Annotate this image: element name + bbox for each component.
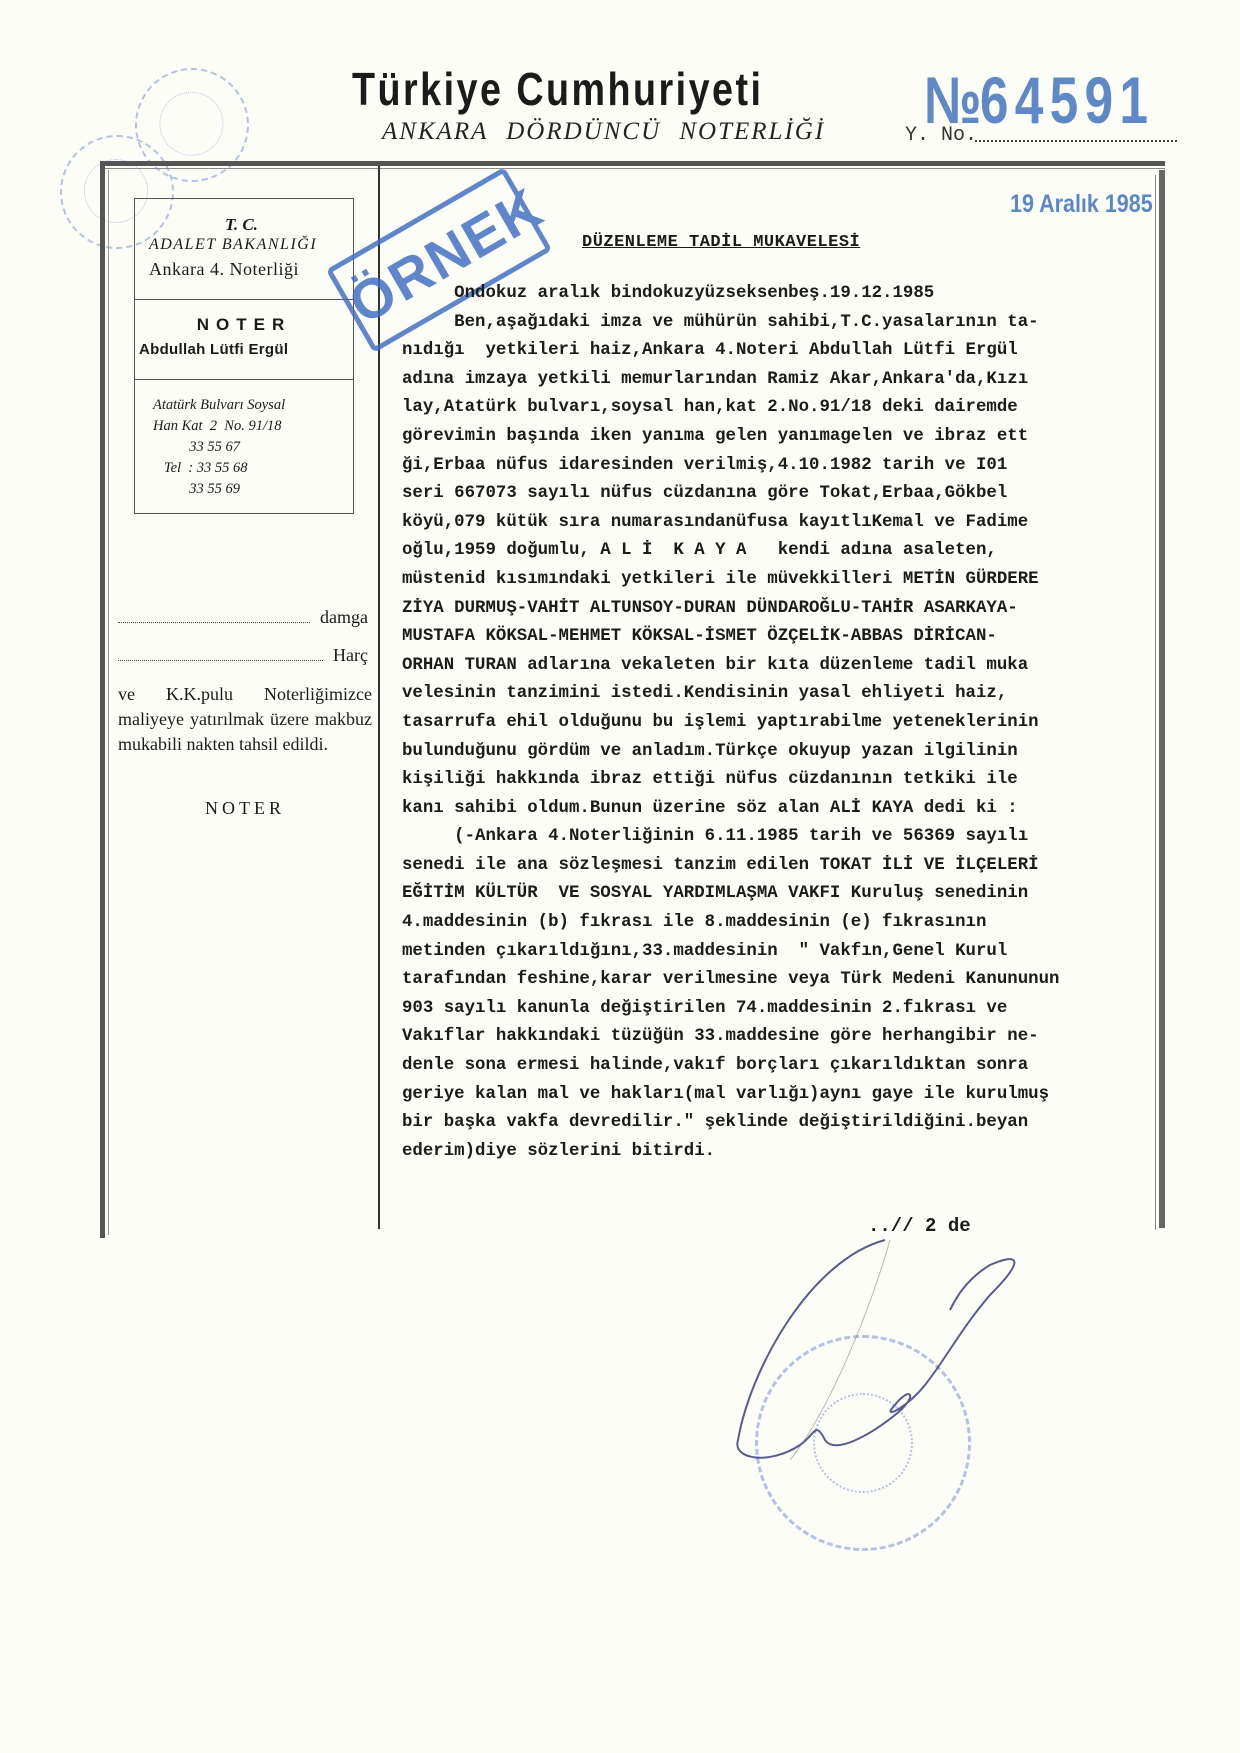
noter-label: NOTER <box>135 315 353 335</box>
document-line: Vakıflar hakkındaki tüzüğün 33.maddesine… <box>402 1023 1172 1052</box>
document-line: Ondokuz aralık bindokuzyüzseksenbeş.19.1… <box>402 280 1172 309</box>
document-line: EĞİTİM KÜLTÜR VE SOSYAL YARDIMLAŞMA VAKF… <box>402 880 1172 909</box>
fee-harc-field <box>118 660 323 661</box>
noter-signature-label: NOTER <box>118 798 372 819</box>
notary-info-box: T. C. ADALET BAKANLIĞI Ankara 4. Noterli… <box>134 198 354 514</box>
document-line: senedi ile ana sözleşmesi tanzim edilen … <box>402 852 1172 881</box>
document-line: ederim)diye sözlerini bitirdi. <box>402 1138 1172 1167</box>
frame-top-border <box>100 161 1165 166</box>
box-separator <box>135 299 353 300</box>
fee-harc-row: Harç <box>118 645 368 666</box>
document-line: lay,Atatürk bulvarı,soysal han,kat 2.No.… <box>402 394 1172 423</box>
document-line: ği,Erbaa nüfus idaresinden verilmiş,4.10… <box>402 452 1172 481</box>
document-line: (-Ankara 4.Noterliğinin 6.11.1985 tarih … <box>402 823 1172 852</box>
box-separator <box>135 379 353 380</box>
document-body: Ondokuz aralık bindokuzyüzseksenbeş.19.1… <box>402 280 1172 1166</box>
document-line: 4.maddesinin (b) fıkrası ile 8.maddesini… <box>402 909 1172 938</box>
fee-harc-label: Harç <box>333 645 368 666</box>
header-subtitle: ANKARA DÖRDÜNCÜ NOTERLİĞİ <box>382 118 825 146</box>
document-line: ZİYA DURMUŞ-VAHİT ALTUNSOY-DURAN DÜNDARO… <box>402 595 1172 624</box>
noter-name: Abdullah Lütfi Ergül <box>139 341 353 358</box>
document-line: bir başka vakfa devredilir." şeklinde de… <box>402 1109 1172 1138</box>
address-line: 33 55 69 <box>153 479 343 500</box>
tc-label: T. C. <box>225 215 258 235</box>
fee-statement: ve K.K.pulu Noterliğimizce maliyeye yatı… <box>118 682 372 757</box>
signature-icon <box>720 1210 1040 1460</box>
fee-damga-field <box>118 622 310 623</box>
document-line: velesinin tanzimini istedi.Kendisinin ya… <box>402 680 1172 709</box>
document-line: ORHAN TURAN adlarına vekaleten bir kıta … <box>402 652 1172 681</box>
frame-top-border-inner <box>100 168 1165 169</box>
document-line: seri 667073 sayılı nüfus cüzdanına göre … <box>402 480 1172 509</box>
document-line: köyü,079 kütük sıra numarasındanüfusa ka… <box>402 509 1172 538</box>
y-no-field <box>975 120 1177 142</box>
ministry-label: ADALET BAKANLIĞI <box>149 236 353 254</box>
document-line: bulunduğunu gördüm ve anladım.Türkçe oku… <box>402 738 1172 767</box>
document-line: adına imzaya yetkili memurlarından Ramiz… <box>402 366 1172 395</box>
address-line: 33 55 67 <box>153 437 343 458</box>
fee-damga-label: damga <box>320 607 368 628</box>
document-line: kanı sahibi oldum.Bunun üzerine söz alan… <box>402 795 1172 824</box>
y-no-label: Y. No. <box>905 124 977 147</box>
document-line: Ben,aşağıdaki imza ve mühürün sahibi,T.C… <box>402 309 1172 338</box>
document-line: MUSTAFA KÖKSAL-MEHMET KÖKSAL-İSMET ÖZÇEL… <box>402 623 1172 652</box>
document-line: 903 sayılı kanunla değiştirilen 74.madde… <box>402 995 1172 1024</box>
address-line: Han Kat 2 No. 91/18 <box>153 416 343 437</box>
document-line: denle sona ermesi halinde,vakıf borçları… <box>402 1052 1172 1081</box>
fee-damga-row: damga <box>118 607 368 628</box>
document-line: metinden çıkarıldığını,33.maddesinin " V… <box>402 938 1172 967</box>
office-label: Ankara 4. Noterliği <box>149 259 353 280</box>
document-line: nıdığı yetkileri haiz,Ankara 4.Noteri Ab… <box>402 337 1172 366</box>
document-line: tasarrufa ehil olduğunu bu işlemi yaptır… <box>402 709 1172 738</box>
document-title: DÜZENLEME TADİL MUKAVELESİ <box>582 233 860 252</box>
document-line: oğlu,1959 doğumlu, A L İ K A Y A kendi a… <box>402 537 1172 566</box>
document-line: kişiliği hakkında ibraz ettiği nüfus cüz… <box>402 766 1172 795</box>
date-stamp: 19 Aralık 1985 <box>1010 190 1153 219</box>
header-title: Türkiye Cumhuriyeti <box>352 62 763 116</box>
document-line: müstenid kısımındaki yetkileri ile müvek… <box>402 566 1172 595</box>
address-line: Atatürk Bulvarı Soysal <box>153 395 343 416</box>
document-line: geriye kalan mal ve hakları(mal varlığı)… <box>402 1081 1172 1110</box>
address-line: Tel : 33 55 68 <box>153 458 343 479</box>
frame-left-border <box>100 161 105 1238</box>
document-line: tarafından feshine,karar verilmesine vey… <box>402 966 1172 995</box>
frame-left-border-inner <box>108 170 109 1235</box>
notary-address: Atatürk Bulvarı Soysal Han Kat 2 No. 91/… <box>153 395 343 500</box>
document-line: görevimin başında iken yanıma gelen yanı… <box>402 423 1172 452</box>
